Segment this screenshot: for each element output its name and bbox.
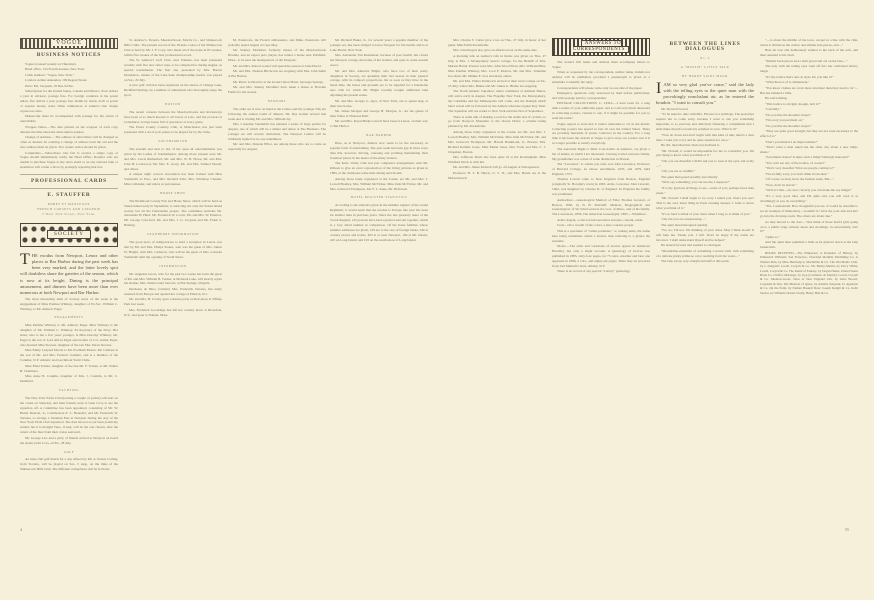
paragraph: The North Atlantic Squadron, under comma…	[448, 89, 546, 114]
drop-cap: T	[20, 253, 30, 267]
section-heading: HORSE SHOW	[124, 191, 222, 196]
column-7: BETWEEN THE LINES DIALOGUES No. 2 A "MOS…	[656, 38, 754, 265]
answers-paragraphs: The writer's full name and address must …	[552, 60, 650, 274]
paragraph: Mr. Augustus Lucas, who for the past two…	[124, 272, 222, 287]
column-1-sections: ENGAGEMENTSMiss Pauline Whitney to Mr. A…	[20, 315, 118, 472]
dialogue-byline: BY HARRY SAINT MAUR	[656, 74, 754, 79]
dialogue-heading: BETWEEN THE LINES DIALOGUES	[656, 42, 754, 52]
paragraph: "Yes. I understand. How thoughtful you a…	[760, 204, 858, 219]
left-page: VOGUE BUSINESS NOTICES Vogue is issued w…	[0, 0, 437, 600]
paragraph: The writer's full name and address must …	[552, 60, 650, 70]
paragraph: Among those lately registered at the Cas…	[448, 130, 546, 155]
paragraph: Subscription for the United States, Cana…	[20, 89, 118, 114]
paragraph: "Do you like the shoulder straps?"	[760, 124, 858, 129]
business-notices: Vogue is issued weekly on Thursdays.Head…	[20, 62, 118, 170]
paragraph: Duchesse de Dino, formerly Mrs. Frederic…	[124, 287, 222, 297]
society-lead: THE exodus from Newport, Lenox and other…	[20, 253, 118, 296]
section-heading: GOLF	[20, 450, 118, 455]
paragraph: "You know clothes are worn more décollet…	[760, 86, 858, 96]
paragraph: Manuscript must be accompanied with post…	[20, 114, 118, 124]
dialogue-paragraphs: Mr. Dorwell bowed."To be asked to dine w…	[656, 107, 754, 264]
paragraph: "Don't you think it's an improvement?"	[760, 140, 858, 145]
paragraph: Mr. and Mrs. Duncan Elliot, are among th…	[228, 142, 326, 152]
paragraph: The good news of riding-horses to hold a…	[124, 240, 222, 260]
paragraph: A unique night concert association has b…	[124, 172, 222, 187]
paragraph: The seventh and next to last of the open…	[124, 147, 222, 172]
paragraph: There is some talk of making a road for …	[448, 115, 546, 130]
section-heading: ENGAGEMENTS	[20, 315, 118, 320]
paragraph: Mr. Dorwell bowed.	[656, 107, 754, 112]
paragraph: "Well, it's like—oh, how cleverly you ca…	[760, 188, 858, 193]
paragraph: "This bodice is all right, though, isn't…	[760, 102, 858, 107]
paragraph: Wrapper Dates.—The date printed on the w…	[20, 125, 118, 135]
paragraph: Mr. and Mrs. H. Crosby gave a theatre pa…	[124, 297, 222, 307]
column-1: VOGUE BUSINESS NOTICES Vogue is issued w…	[20, 38, 118, 473]
card-lines: ROBES ET MANTEAUXFRENCH CORSETS AND LING…	[20, 202, 118, 217]
dialogue-continued: "—to about the middle of the torso, exce…	[760, 38, 858, 250]
section-heading: YACHTING	[20, 388, 118, 393]
paragraph: The older set is now on hand at the Casi…	[228, 107, 326, 122]
paragraph: The quiet man gazed steadily and silentl…	[656, 175, 754, 180]
dialogue-number: No. 2	[656, 56, 754, 61]
paragraph: "Mr. Dowell, it would be impossible for …	[656, 149, 754, 159]
section-heading: BAR HARBOR	[330, 133, 428, 138]
paragraph: The Essex County Country Club, at Manche…	[124, 125, 222, 135]
paragraph: Thomas Lowell came to New England from B…	[552, 177, 650, 197]
column-6: ANSWERS TO CORRESPONDENTS The writer's f…	[552, 38, 650, 275]
paragraph: Mr. Richard Baker, Jr., for several year…	[330, 38, 428, 53]
paragraph: Mrs. Frederick Goodridge has left her co…	[124, 308, 222, 318]
paragraph: "Oh, but you are exasperating—"	[656, 217, 754, 222]
paragraph: He said nothing.	[760, 96, 858, 101]
paragraph: The most interesting item of Society new…	[20, 297, 118, 312]
society-paragraphs: The most interesting item of Society new…	[20, 297, 118, 312]
section-heading: HOTEL REGISTER STATISTICS	[330, 195, 428, 200]
paragraph: And the quiet man squirmed a little as h…	[760, 240, 858, 250]
paragraph: Mr. and Mrs. Walter Damrosch arrived at …	[448, 79, 546, 89]
paragraph: Miss Ethel Toman, daughter of the late M…	[20, 364, 118, 374]
paragraph: "What there is of it, immensely."	[760, 80, 858, 85]
paragraph: Mr. Stanley Mortimer, formerly master of…	[228, 48, 326, 63]
paragraph: POSTAGE COLLECTIONS. C. LENA.—I have bee…	[552, 101, 650, 121]
column-3: M. Paternotre, the French ambassador, an…	[228, 38, 326, 153]
paragraph: "Oh, you are dreadful. I didn't ask you …	[656, 159, 754, 169]
paragraph: He did, then tilted his chair, but decli…	[656, 143, 754, 148]
paragraph: Miss Anne B. Conklin, daughter of Mrs. J…	[20, 374, 118, 384]
paragraph: Mrs. Jefferson Davis has been quite ill …	[448, 155, 546, 165]
paragraph: Mr. George Law and a party of friends ar…	[20, 436, 118, 446]
paragraph: "That's what a man asked me the other da…	[760, 145, 858, 155]
drop-cap: I	[656, 82, 661, 96]
paragraph: Vogue regrets to state that it cannot un…	[552, 122, 650, 147]
professional-cards-heading: PROFESSIONAL CARDS	[20, 179, 118, 184]
paragraph: A new golf club has been organized on th…	[124, 83, 222, 98]
business-notices-heading: BUSINESS NOTICES	[20, 53, 118, 58]
paragraph: Among those lately registered at the Cas…	[330, 177, 428, 192]
card-name: E. STAUFFER	[20, 193, 118, 198]
paragraph: "Mouldeline-ensemble of something covere…	[656, 249, 754, 259]
paragraph: "—to about the middle of the torso, exce…	[760, 38, 858, 48]
paragraph: A morning talk on Author's Life in Rome …	[448, 54, 546, 79]
paragraph: The "Lawrence" to whom you refer was Joh…	[552, 162, 650, 177]
books-received: BOOKS RECEIVED.—The Pimpernel, A Romance…	[760, 251, 858, 295]
section-heading: CRANBERRY INFORMATION	[124, 232, 222, 237]
paragraph: Correspondents will please write only on…	[552, 86, 650, 91]
paragraph: Paris: Em. Terquem, 19 Rue Scribe.	[20, 84, 118, 89]
paragraph: The Kebo Valley Club has just completed …	[330, 161, 428, 176]
column-2: St. Andrew's, Tuxedo, Meadowbrook, Morri…	[124, 38, 222, 318]
paragraph: Crest—On a wreath of the colors, a hare …	[552, 223, 650, 228]
paragraph: Here, as at Newport, dinners now seem to…	[330, 141, 428, 161]
paragraph: The quiet man interrupted quickly.	[656, 223, 754, 228]
paragraph: Arms: Argent, a chevron between three le…	[552, 218, 650, 223]
paragraph: "That's very dreadful. What are people c…	[760, 166, 858, 171]
paragraph: "Oh, you are so truthful."	[656, 169, 754, 174]
paragraph: "Certainly."	[760, 107, 858, 112]
answers-banner: ANSWERS TO CORRESPONDENTS	[552, 38, 650, 56]
paragraph: Professor H. T. B. Harris, U. S. N., and…	[448, 171, 546, 181]
paragraph: The New York Yacht Club (barring a coupl…	[20, 396, 118, 435]
divider	[20, 174, 118, 175]
paragraph: London: Arthur Ashenden, 199 Regent Stre…	[20, 78, 118, 83]
paragraph: The lady with the telling eyes went off …	[760, 64, 858, 74]
section-heading: NEWPORT	[228, 99, 326, 104]
paragraph: "Well, say something; you can see me, I …	[656, 180, 754, 185]
paragraph: "Now sit down and don't begin with that …	[656, 133, 754, 143]
vogue-masthead: VOGUE	[20, 38, 118, 49]
paragraph: Mr. Pierre Lorillard is at the Grand Uni…	[228, 80, 326, 85]
paragraph: Head office, 154 Fourth Avenue, New York…	[20, 67, 118, 72]
paragraph: M. Paternotre, the French ambassador, an…	[228, 38, 326, 48]
paragraph: He leaned forward and seemed to catalogu…	[656, 243, 754, 248]
dialogue-lead: IAM so very glad you've come," said the …	[656, 82, 754, 107]
paragraph: "It is my glorious privilege to see—some…	[656, 186, 754, 196]
paragraph: Mr. and Mrs. Robert Goelet will spend th…	[228, 64, 326, 69]
paragraph: Mrs. John Rogers also gave an afternoon …	[448, 48, 546, 53]
paragraph: Mrs. Alexander Van Rensselaer, because o…	[330, 53, 428, 68]
paragraph: Miss Emily Ledyard Morris to Mr. Fordham…	[20, 348, 118, 363]
paragraph: "Now, don't be horrid."	[760, 183, 858, 188]
paragraph: "I'm sorry you put them on."	[760, 118, 858, 123]
paragraph: The Richmond County Fair and Horse Show,…	[124, 199, 222, 228]
paragraph: This is a specimen of "armes parlantes,"…	[552, 229, 650, 244]
column-8: "—to about the middle of the torso, exce…	[760, 38, 858, 296]
section-heading: BOSTON	[124, 102, 222, 107]
paragraph: Cable Address: "Vogue, New York."	[20, 73, 118, 78]
society-banner: SOCIETY	[20, 223, 118, 247]
paragraph: Miss Pauline Whitney to Mr. Almeric Page…	[20, 323, 118, 348]
paragraph: Mr. and Mrs. James Kidwell will go off A…	[448, 165, 546, 170]
section-heading: INFORMATION	[124, 264, 222, 269]
paragraph: Mr. James Morgan and George H. Morgan, J…	[330, 109, 428, 119]
paragraph: "They are quite good enough; but they ar…	[760, 129, 858, 139]
column-4: Mr. Richard Baker, Jr., for several year…	[330, 38, 428, 243]
divider	[20, 188, 118, 189]
paragraph: The recent contests between the Meadowbr…	[124, 110, 222, 125]
paragraph: "Similar back pieces and a skirt gored a…	[760, 59, 858, 64]
page-number-right: 55	[845, 527, 849, 532]
paragraph: Mr. and Mrs. Royal Phelps Carroll have b…	[330, 119, 428, 129]
paragraph: "It's a very good idea, and I'm quite su…	[760, 194, 858, 204]
paragraph: Complaints.—Subscribers who fail to rece…	[20, 151, 118, 171]
paragraph: When so requested by the correspondent, …	[552, 70, 650, 85]
paragraph: "Do you like the shoulder straps?"	[760, 113, 858, 118]
paragraph: Change of Address.—The address of subscr…	[20, 135, 118, 150]
paragraph: Motto:—The arms and variations of Graves…	[552, 244, 650, 269]
paragraph: "You can't see any of the bodice, of cou…	[760, 161, 858, 166]
paragraph: According to the statistics given in the…	[330, 203, 428, 242]
paragraph: "It's so hard to think of your dress whe…	[656, 212, 754, 217]
paragraph: The St. Andrew's Golf Club, near Yonkers…	[124, 58, 222, 83]
paragraph: The Ancestral Right to Meet Coat-Armor i…	[552, 147, 650, 162]
paragraph: Mr. and Mrs. Thomas Hitchcock are stoppi…	[228, 69, 326, 79]
paragraph: "A harmless dance? Is there such a thing…	[760, 155, 858, 160]
paragraph: Emergency questions only, answered by ma…	[552, 91, 650, 101]
paragraph: Authorities:—Genealogical Memoir of Elde…	[552, 198, 650, 218]
dialogue-subtitle: A "MOSSIE" LITTLE TALK	[656, 65, 754, 70]
column-5: Mrs. Charles T. Cutler gave a tea on Thu…	[448, 38, 546, 181]
paragraph: Mr. and Mrs. Atherton Blight, who have t…	[330, 69, 428, 98]
paragraph: The lady sat up very straight and stiff …	[656, 259, 754, 264]
paragraph: "Of course we may leave the fashion asid…	[760, 177, 858, 182]
paragraph: As they moved to the door—"Just think of…	[760, 220, 858, 235]
paragraph: Vogue is issued weekly on Thursdays.	[20, 62, 118, 67]
paragraph: Mr. and Mrs. George G. Ayer, of New York…	[330, 99, 428, 109]
paragraph: An inter-club golf match for a cup offer…	[20, 457, 118, 472]
paragraph: "Mr. Dowell I shall begin to be sorry I …	[656, 196, 754, 211]
paragraph: Here he rose and deliberately walked to …	[760, 48, 858, 58]
page-number-left: 4	[20, 527, 22, 532]
paragraph: "To be asked to dine with Mrs. Flowers i…	[656, 112, 754, 132]
paragraph: Mrs. Cornelius Vanderbilt has planned a …	[228, 122, 326, 142]
paragraph: "It's the bodice that's new in style. Do…	[760, 75, 858, 80]
paragraph: "No, no; I'm not. I'm thinking of your d…	[656, 228, 754, 243]
paragraph: "I'm awfully sorry you don't think it's …	[760, 172, 858, 177]
paragraph: There is no record of any special "Lotte…	[552, 269, 650, 274]
paragraph: Mr. and Mrs. Stanley Mortimer have taken…	[228, 85, 326, 95]
paragraph: St. Andrew's, Tuxedo, Meadowbrook, Morri…	[124, 38, 222, 58]
paragraph: "Quite so."	[760, 235, 858, 240]
paragraph: Mrs. Charles T. Cutler gave a tea on Thu…	[448, 38, 546, 48]
card-line: 5 West 45th Street, New York.	[20, 212, 118, 217]
section-heading: SOUTHAMPTON	[124, 139, 222, 144]
